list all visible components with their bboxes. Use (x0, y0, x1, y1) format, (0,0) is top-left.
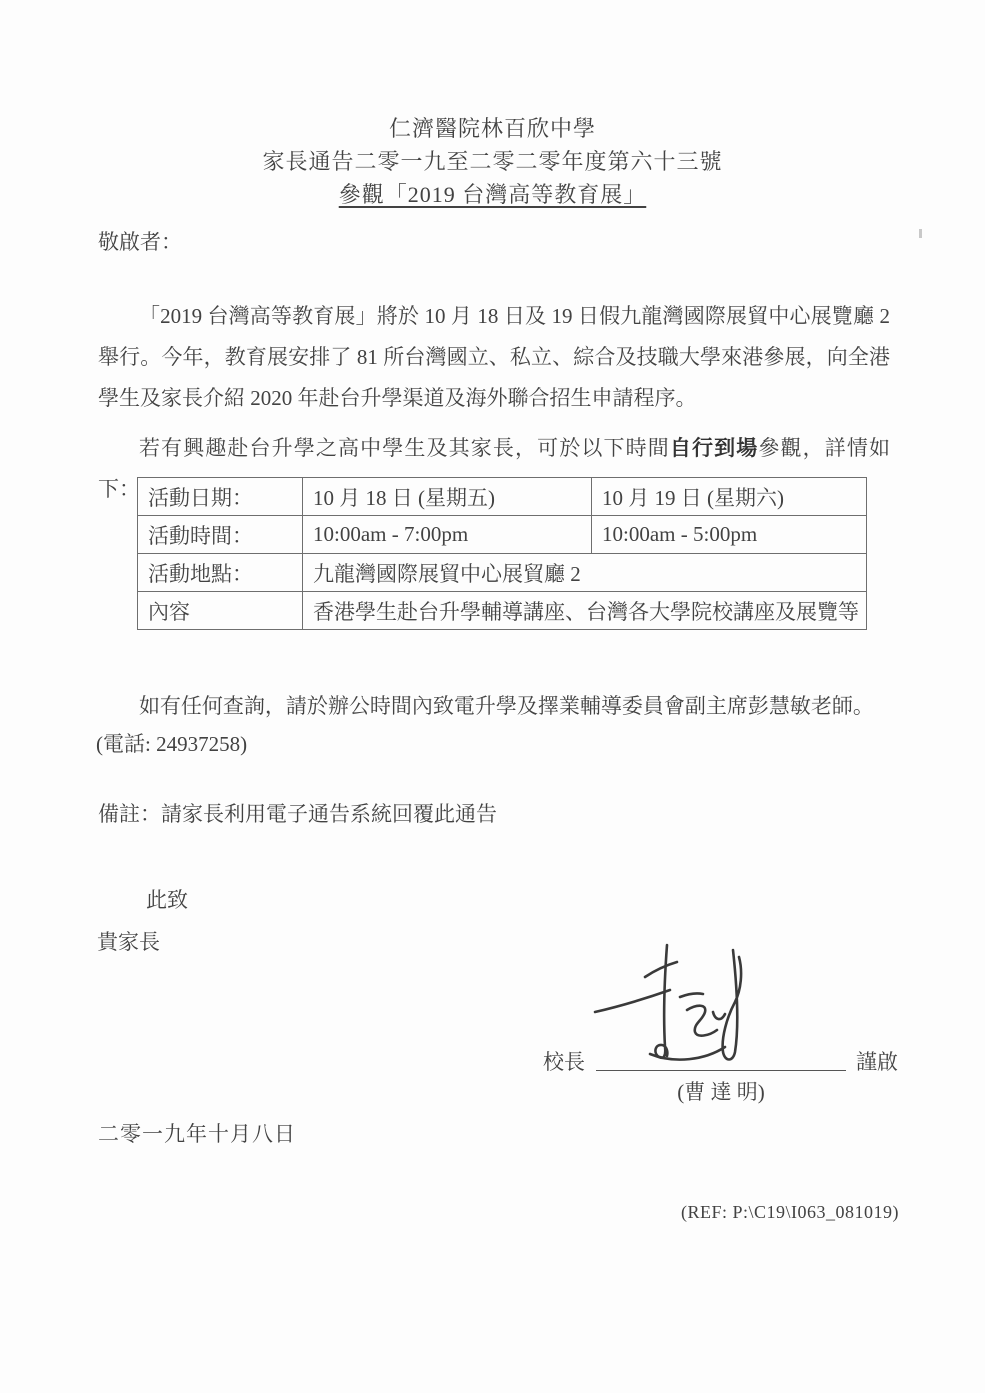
principal-name: (曹 達 明) (596, 1076, 846, 1106)
event-details-table: 活動日期： 10 月 18 日 (星期五) 10 月 19 日 (星期六) 活動… (137, 477, 867, 630)
notice-document: 仁濟醫院林百欣中學 家長通告二零一九至二零二零年度第六十三號 參觀「2019 台… (0, 0, 985, 1393)
closing-this-to: 此致 (146, 884, 188, 914)
remark-line: 備註：請家長利用電子通告系統回覆此通告 (98, 798, 497, 828)
principal-title-label: 校長 (543, 1046, 585, 1076)
row-time-day1: 10:00am - 7:00pm (303, 516, 592, 554)
reference-code: (REF: P:\C19\I063_081019) (681, 1202, 899, 1223)
row-date-day2: 10 月 19 日 (星期六) (592, 478, 867, 516)
row-venue-value: 九龍灣國際展貿中心展貿廳 2 (303, 554, 867, 592)
invitation-text-bold: 自行到場 (670, 436, 759, 460)
document-header: 仁濟醫院林百欣中學 家長通告二零一九至二零二零年度第六十三號 參觀「2019 台… (0, 112, 985, 211)
principal-signature (575, 942, 755, 1077)
scan-artifact (919, 229, 922, 238)
table-row-content: 內容 香港學生赴台升學輔導講座、台灣各大學院校講座及展覽等 (138, 592, 867, 630)
table-row-venue: 活動地點： 九龍灣國際展貿中心展貿廳 2 (138, 554, 867, 592)
invitation-text-before: 若有興趣赴台升學之高中學生及其家長，可於以下時間 (139, 436, 670, 460)
notice-number: 家長通告二零一九至二零二零年度第六十三號 (0, 145, 985, 178)
notice-subject: 參觀「2019 台灣高等教育展」 (0, 178, 985, 211)
enquiry-phone: (電話: 24937258) (96, 728, 247, 758)
row-content-value: 香港學生赴台升學輔導講座、台灣各大學院校講座及展覽等 (303, 592, 867, 630)
paragraph-exhibition-intro: 「2019 台灣高等教育展」將於 10 月 18 日及 19 日假九龍灣國際展貿… (98, 296, 890, 419)
row-content-label: 內容 (138, 592, 303, 630)
salutation: 敬啟者： (98, 226, 182, 256)
notice-date: 二零一九年十月八日 (98, 1118, 296, 1148)
signature-underline (596, 1070, 846, 1071)
row-time-day2: 10:00am - 5:00pm (592, 516, 867, 554)
row-time-label: 活動時間： (138, 516, 303, 554)
closing-recipient: 貴家長 (97, 926, 160, 956)
row-date-label: 活動日期： (138, 478, 303, 516)
paragraph-enquiry: 如有任何查詢，請於辦公時間內致電升學及擇業輔導委員會副主席彭慧敏老師。 (98, 686, 890, 727)
row-date-day1: 10 月 18 日 (星期五) (303, 478, 592, 516)
school-name: 仁濟醫院林百欣中學 (0, 112, 985, 145)
respectfully-label: 謹啟 (856, 1046, 898, 1076)
table-row-time: 活動時間： 10:00am - 7:00pm 10:00am - 5:00pm (138, 516, 867, 554)
table-row-date: 活動日期： 10 月 18 日 (星期五) 10 月 19 日 (星期六) (138, 478, 867, 516)
row-venue-label: 活動地點： (138, 554, 303, 592)
